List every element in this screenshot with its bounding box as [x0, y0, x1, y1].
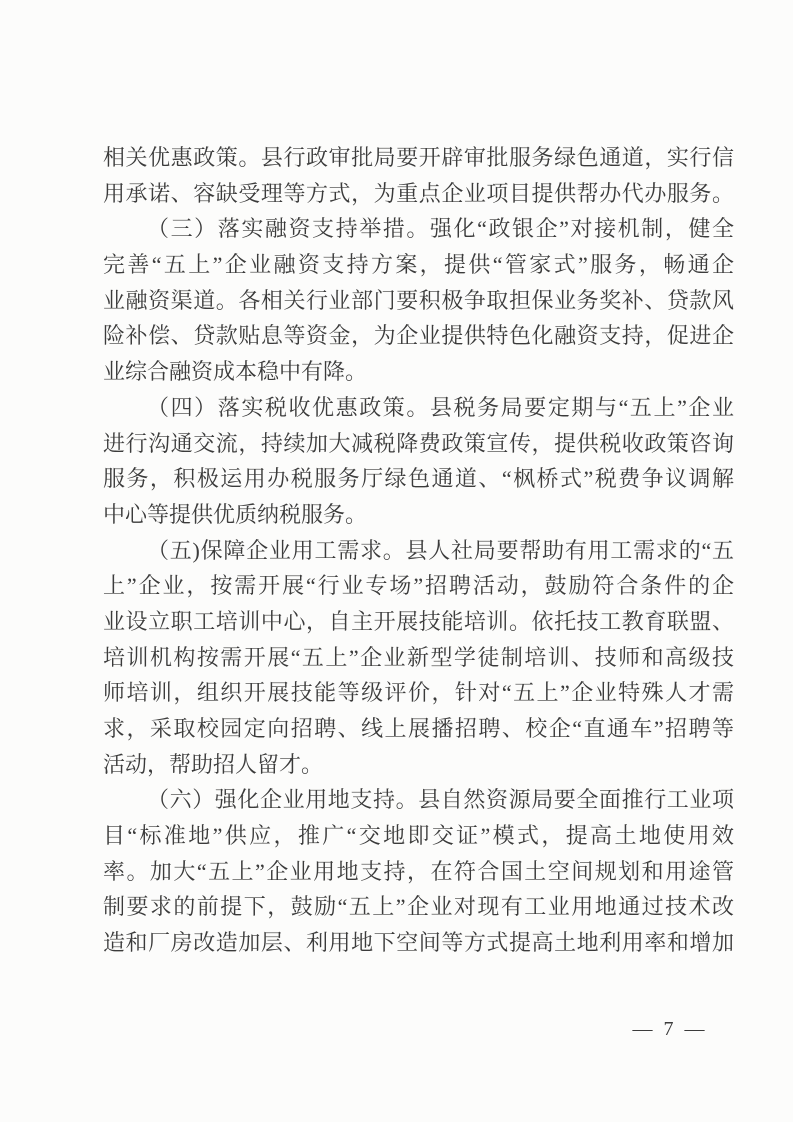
- text-line: 服务，积极运用办税服务厅绿色通道、“枫桥式”税费争议调解: [103, 461, 734, 497]
- text-line: 率。加大“五上”企业用地支持，在符合国土空间规划和用途管: [103, 854, 734, 890]
- text-line: 师培训，组织开展技能等级评价，针对“五上”企业特殊人才需: [103, 675, 734, 711]
- text-line: 上”企业，按需开展“行业专场”招聘活动，鼓励符合条件的企: [103, 568, 734, 604]
- text-line: 完善“五上”企业融资支持方案，提供“管家式”服务，畅通企: [103, 247, 734, 283]
- text-line: 求，采取校园定向招聘、线上展播招聘、校企“直通车”招聘等: [103, 711, 734, 747]
- text-line: 险补偿、贷款贴息等资金，为企业提供特色化融资支持，促进企: [103, 318, 734, 354]
- text-line: 中心等提供优质纳税服务。: [103, 497, 734, 533]
- text-line: 制要求的前提下，鼓励“五上”企业对现有工业用地通过技术改: [103, 889, 734, 925]
- text-line: （三）落实融资支持举措。强化“政银企”对接机制，健全: [103, 211, 734, 247]
- text-line: 活动，帮助招人留才。: [103, 747, 734, 783]
- text-line: 业设立职工培训中心，自主开展技能培训。依托技工教育联盟、: [103, 604, 734, 640]
- text-line: （六）强化企业用地支持。县自然资源局要全面推行工业项: [103, 782, 734, 818]
- text-line: （四）落实税收优惠政策。县税务局要定期与“五上”企业: [103, 390, 734, 426]
- text-line: 用承诺、容缺受理等方式，为重点企业项目提供帮办代办服务。: [103, 176, 734, 212]
- text-line: 目“标准地”供应，推广“交地即交证”模式，提高土地使用效: [103, 818, 734, 854]
- text-line: 业融资渠道。各相关行业部门要积极争取担保业务奖补、贷款风: [103, 283, 734, 319]
- document-body: 相关优惠政策。县行政审批局要开辟审批服务绿色通道，实行信用承诺、容缺受理等方式，…: [103, 140, 734, 961]
- document-page: 相关优惠政策。县行政审批局要开辟审批服务绿色通道，实行信用承诺、容缺受理等方式，…: [0, 0, 793, 1122]
- page-number: — 7 —: [600, 1018, 740, 1041]
- text-line: 相关优惠政策。县行政审批局要开辟审批服务绿色通道，实行信: [103, 140, 734, 176]
- text-line: 培训机构按需开展“五上”企业新型学徒制培训、技师和高级技: [103, 640, 734, 676]
- text-line: 业综合融资成本稳中有降。: [103, 354, 734, 390]
- text-line: 造和厂房改造加层、利用地下空间等方式提高土地利用率和增加: [103, 925, 734, 961]
- text-line: （五)保障企业用工需求。县人社局要帮助有用工需求的“五: [103, 533, 734, 569]
- text-line: 进行沟通交流，持续加大减税降费政策宣传，提供税收政策咨询: [103, 426, 734, 462]
